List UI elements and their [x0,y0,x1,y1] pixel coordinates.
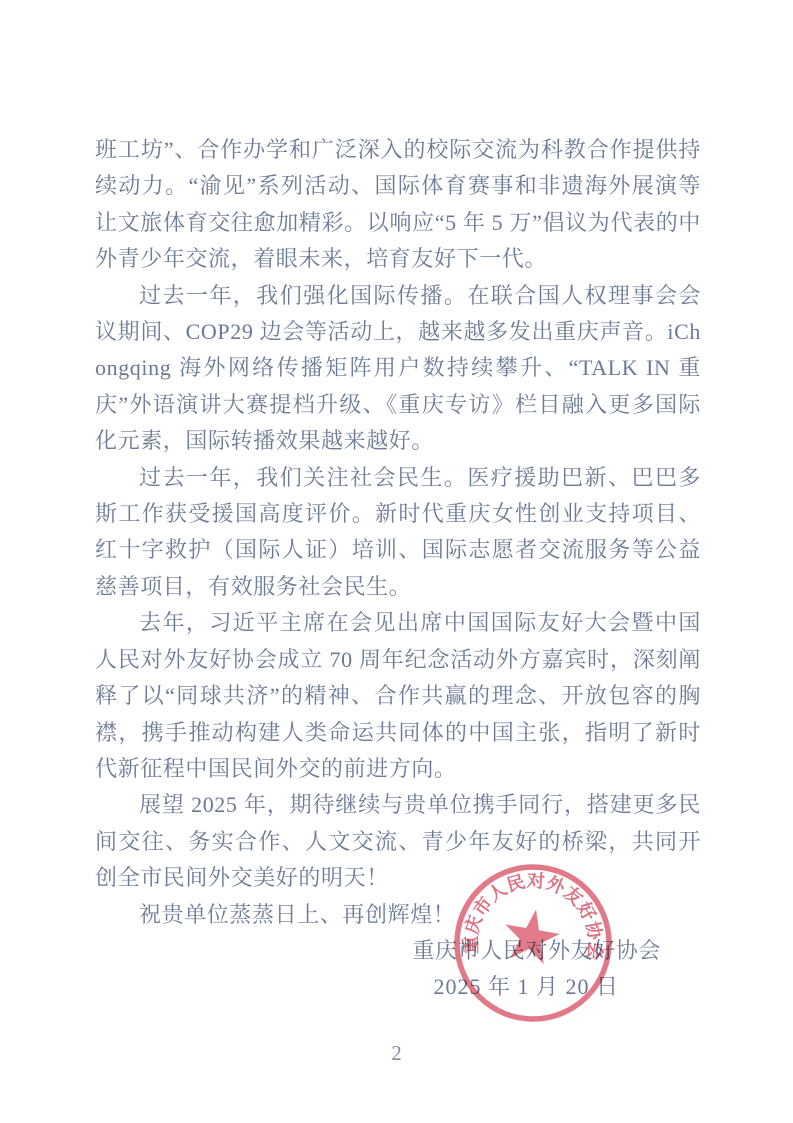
paragraph: 班工坊”、合作办学和广泛深入的校际交流为科教合作提供持续动力。“渝见”系列活动、… [95,132,701,278]
paragraph: 过去一年，我们关注社会民生。医疗援助巴新、巴巴多斯工作获受援国高度评价。新时代重… [95,460,701,606]
paragraph: 展望 2025 年，期待继续与贵单位携手同行，搭建更多民间交往、务实合作、人文交… [95,787,701,896]
page-number: 2 [0,1041,793,1066]
paragraph: 祝贵单位蒸蒸日上、再创辉煌！ [95,897,701,933]
signature-line: 重庆市人民对外友好协会 [95,933,701,969]
date-line: 2025 年 1 月 20 日 [95,969,701,1005]
paragraph: 过去一年，我们强化国际传播。在联合国人权理事会会议期间、COP29 边会等活动上… [95,278,701,460]
paragraph: 去年，习近平主席在会见出席中国国际友好大会暨中国人民对外友好协会成立 70 周年… [95,605,701,787]
scanned-letter-page: { "letter": { "paragraphs": [ { "text": … [0,0,793,1123]
letter-body: 班工坊”、合作办学和广泛深入的校际交流为科教合作提供持续动力。“渝见”系列活动、… [95,132,701,1006]
